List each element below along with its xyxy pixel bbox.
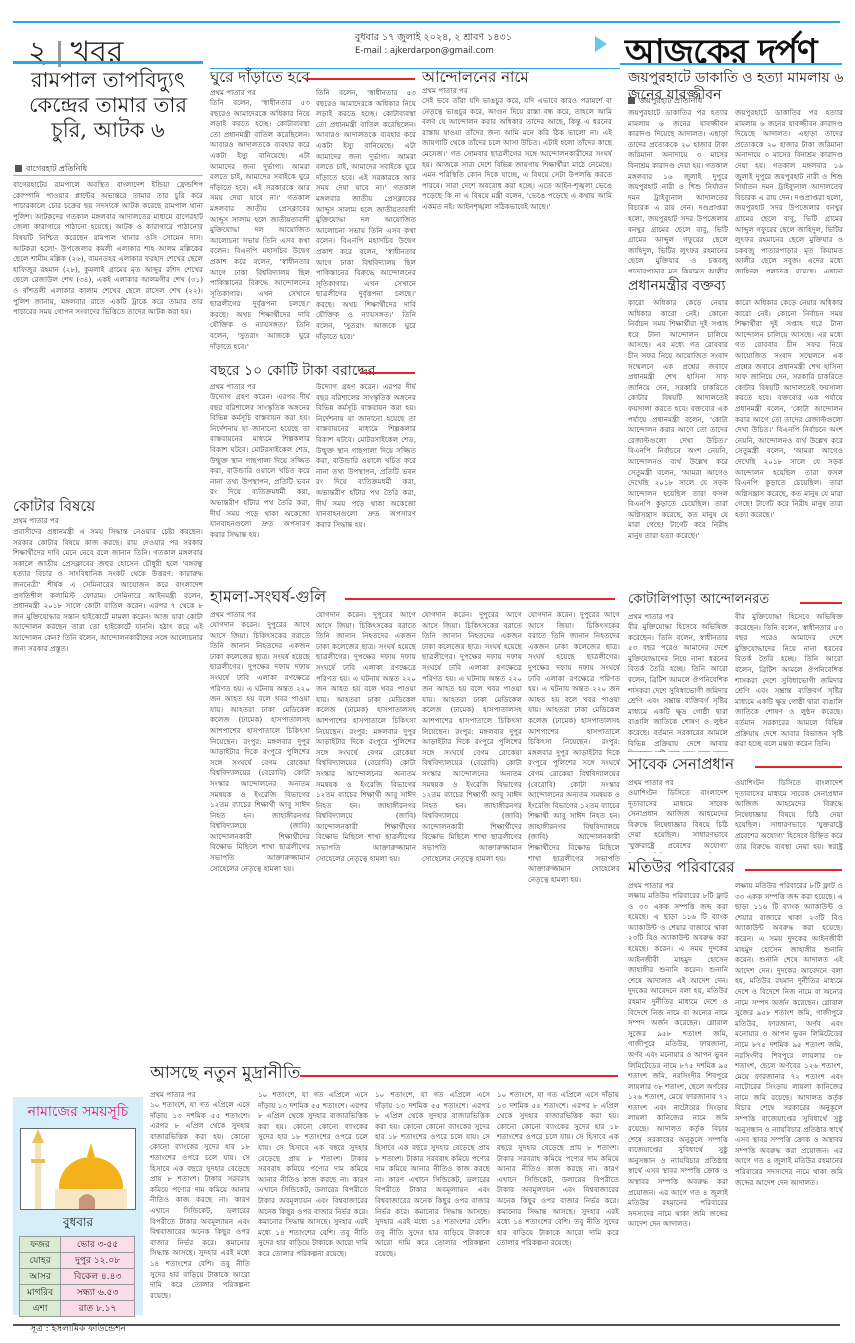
red-rule (360, 372, 415, 374)
article-body: তিনি বলেন, 'স্বাধীনতার ৫৩ বছরেও আমাদেরকে… (316, 88, 416, 360)
continuation-label: প্রথম পাতার পর (628, 612, 728, 622)
article-body: যোগদান করেন। দুপুরের আগে আসে জিয়া। চিকি… (422, 610, 522, 1050)
headline-kota[interactable]: কোটার বিষয়ে (13, 497, 95, 515)
prayer-time: দুপুর ১২.০৮ (61, 1253, 135, 1269)
article-body: যোগদান করেন। দুপুরের আগে আসে জিয়া। চিকি… (210, 620, 310, 1050)
red-rule (305, 78, 415, 80)
table-row: মাগরিবসন্ধ্যা ৬.৫৩ (20, 1285, 135, 1301)
article-body: কারো অধিকার কেড়ে নেয়ার অধিকার কারো নেই… (628, 298, 728, 588)
bottom-rule (13, 1324, 840, 1326)
article-body: তিনি বলেন, 'স্বাধীনতার ৫৩ বছরেও আমাদেরকে… (210, 98, 310, 360)
headline-motiur[interactable]: মতিউর পরিবারের (628, 858, 735, 876)
headline-andolon[interactable]: আন্দোলনের নামে (422, 68, 529, 86)
article-body: বীর মুক্তিযোদ্ধা হিসেবে অভিষিক্ত করেছেন।… (735, 612, 843, 752)
headline-ghure[interactable]: ঘুরে দাঁড়াতে হবে (210, 68, 310, 86)
red-rule (755, 766, 842, 768)
headline-rampal[interactable]: রামপাল তাপবিদ্যুৎ কেন্দ্রের তামার তার চু… (13, 68, 203, 144)
article-body: লক্ষায় মতিউর পরিবারের ৮টি ফ্লাট ও ৩৩ এক… (735, 881, 843, 1316)
email-link[interactable]: E-mail : ajkerdarpon@gmail.com (355, 46, 494, 56)
headline-hamla[interactable]: হামলা-সংঘর্ষ-গুলি (210, 587, 326, 606)
article-body: কারো অধিকার কেড়ে নেয়ার অধিকার কারো নেই… (735, 298, 843, 588)
article-body: প্রবাসীদের প্রধানমন্ত্রী এ সময় সিদ্ধান্… (13, 527, 203, 1067)
article-body: জয়পুরহাটে ডাকাতির পর হত্যার মামলায় ৬ জ… (628, 108, 728, 273)
page-number: ২ (28, 35, 48, 70)
article-body: ১০ শতাংশে, যা গত এপ্রিলে এসে দাঁড়ায় ১৩… (497, 1090, 619, 1316)
section-rule-3 (620, 63, 842, 65)
red-rule (800, 602, 842, 604)
table-row: ফজরভোর ৩-৫৫ (20, 1237, 135, 1253)
continuation-label: প্রথম পাতার পর (13, 516, 203, 526)
article-body: বীর মুক্তিযোদ্ধা হিসেবে অভিষিক্ত করেছেন।… (628, 622, 728, 752)
prayer-title: নামাজের সময়সূচি (13, 1100, 143, 1124)
continuation-label: প্রথম পাতার পর (422, 86, 612, 96)
continuation-label: প্রথম পাতার পর (150, 1090, 250, 1100)
article-body: ১০ শতাংশে, যা গত এপ্রিলে এসে দাঁড়ায় ১৩… (150, 1100, 250, 1316)
dateline: বুধবার ১৭ জুলাই ২০২৪, ২ শ্রাবণ ১৪৩১ (355, 31, 512, 46)
prayer-name: এশা (20, 1301, 61, 1317)
article-body: ১০ শতাংশে, যা গত এপ্রিলে এসে দাঁড়ায় ১৩… (258, 1090, 368, 1316)
arrow-icon (595, 36, 607, 52)
divider (13, 175, 203, 176)
prayer-name: ফজর (20, 1237, 61, 1253)
prayer-table: ফজরভোর ৩-৫৫ যোহরদুপুর ১২.০৮ আসরবিকেল ৪.৪… (19, 1236, 135, 1317)
article-body: সেই ভবে তাঁরা যদি ভাঙচুর করে, যদি এভাবে … (422, 96, 612, 576)
article-body: যোগদান করেন। দুপুরের আগে আসে জিয়া। চিকি… (316, 610, 416, 1050)
prayer-day: বুধবার (13, 1214, 143, 1234)
continuation-label: প্রথম পাতার পর (210, 382, 310, 392)
section-rule (13, 61, 203, 64)
article-body: ওয়াশিংটন ডিসিতে বাংলাদেশ দূতাবাসের মাধ্… (735, 778, 843, 853)
article-body: জয়পুরহাটে ডাকাতির পর হত্যার মামলায় ৬ জ… (735, 108, 843, 273)
prayer-time: বিকেল ৪.৪৩ (61, 1269, 135, 1285)
article-body: ওয়াশিংটন ডিসিতে বাংলাদেশ দূতাবাসের মাধ্… (628, 788, 728, 853)
continuation-label: প্রথম পাতার পর (210, 610, 310, 620)
table-row: আসরবিকেল ৪.৪৩ (20, 1269, 135, 1285)
prayer-time: ভোর ৩-৫৫ (61, 1237, 135, 1253)
article-body: ১০ শতাংশে, যা গত এপ্রিলে এসে দাঁড়ায় ১৩… (375, 1090, 490, 1316)
red-rule (345, 598, 615, 600)
article-body: উদ্যোগ গ্রহণ করেন। এরপর দীর্ঘ বছর বরিশাল… (210, 392, 310, 582)
headline-kotwali[interactable]: কোটালিপাড়া আন্দোলনরত (628, 592, 769, 608)
table-row: যোহরদুপুর ১২.০৮ (20, 1253, 135, 1269)
mosque-icon (21, 1129, 136, 1210)
section-name: খবর (71, 35, 124, 70)
prayer-name: যোহর (20, 1253, 61, 1269)
table-row: এশারাত ৮.১৭ (20, 1301, 135, 1317)
prayer-times-box: নামাজের সময়সূচি বুধবার ফজরভোর ৩-৫৫ যোহর… (13, 1097, 143, 1315)
continuation-label: প্রথম পাতার পর (210, 88, 310, 98)
article-body: উদ্যোগ গ্রহণ করেন। এরপর দীর্ঘ বছর বরিশাল… (316, 382, 416, 582)
prayer-time: সন্ধ্যা ৬.৫৩ (61, 1285, 135, 1301)
headline-sabek[interactable]: সাবেক সেনাপ্রধান (628, 755, 734, 773)
headline-boshore[interactable]: বছরে ১০ কোটি টাকা বরাদ্দের (210, 363, 376, 380)
prayer-name: মাগরিব (20, 1285, 61, 1301)
prayer-name: আসর (20, 1269, 61, 1285)
byline: জয়পুরহাট প্রতিনিধি (628, 95, 702, 108)
article-body: লক্ষায় মতিউর পরিবারের ৮টি ফ্লাট ও ৩৩ এক… (628, 891, 728, 1316)
mosque-illustration (20, 1128, 136, 1210)
article-body: যোগদান করেন। দুপুরের আগে আসে জিয়া। চিকি… (528, 610, 620, 1050)
continuation-label: প্রথম পাতার পর (628, 778, 728, 788)
top-rule (13, 21, 840, 23)
red-rule (300, 1075, 618, 1077)
headline-pm[interactable]: প্রধানমন্ত্রীর বক্তব্য (628, 278, 726, 295)
continuation-label: প্রথম পাতার পর (628, 881, 728, 891)
headline-mudranity[interactable]: আসছে নতুন মুদ্রানীতি (150, 1063, 300, 1083)
prayer-time: রাত ৮.১৭ (61, 1301, 135, 1317)
red-rule (745, 869, 842, 871)
article-body: বাগেরহাটের রামপালে অবস্থিত বাংলাদেশ ইন্ড… (13, 180, 203, 495)
